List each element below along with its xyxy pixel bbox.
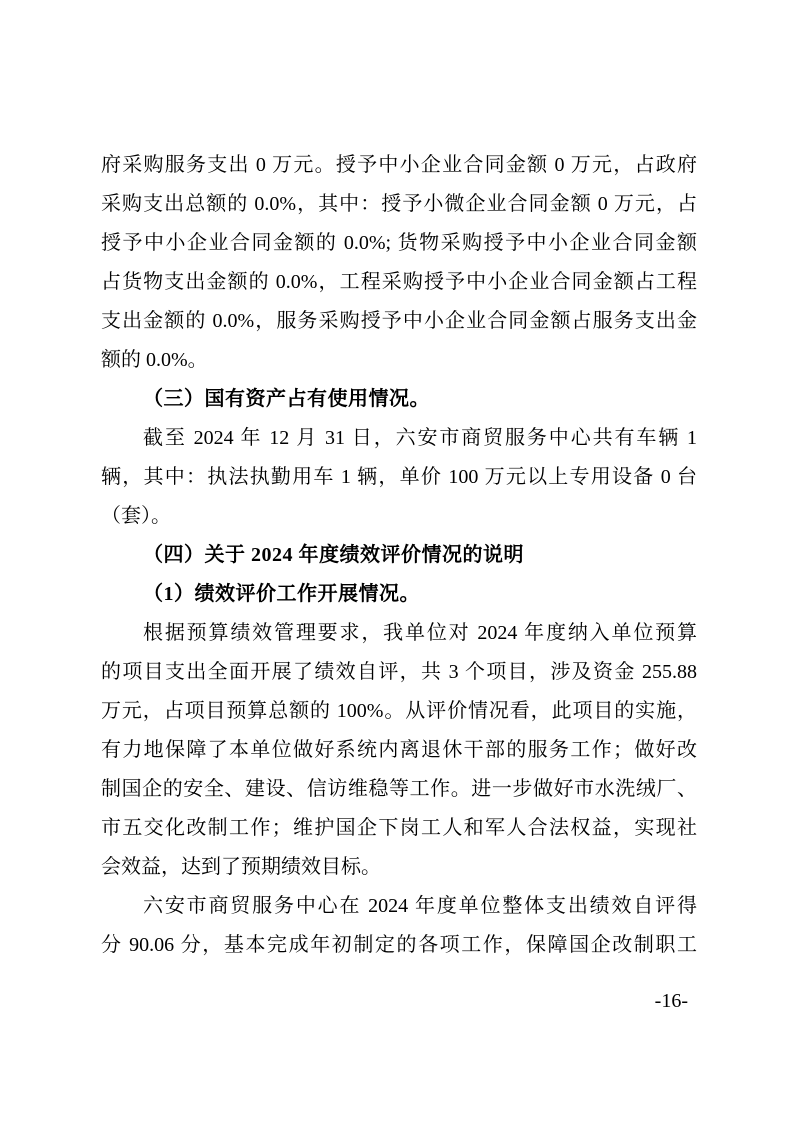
- text-line: 支出金额的 0.0%，服务采购授予中小企业合同金额占服务支出金: [101, 302, 697, 341]
- heading-line: （1）绩效评价工作开展情况。: [101, 575, 697, 614]
- text-line: 府采购服务支出 0 万元。授予中小企业合同金额 0 万元，占政府: [101, 146, 697, 185]
- text-line: 授予中小企业合同金额的 0.0%; 货物采购授予中小企业合同金额: [101, 224, 697, 263]
- heading-line: （三）国有资产占有使用情况。: [101, 380, 697, 419]
- text-line: 截至 2024 年 12 月 31 日，六安市商贸服务中心共有车辆 1: [101, 419, 697, 458]
- document-page: 府采购服务支出 0 万元。授予中小企业合同金额 0 万元，占政府采购支出总额的 …: [0, 0, 793, 1122]
- text-line: （套）。: [101, 497, 697, 536]
- heading-line: （四）关于 2024 年度绩效评价情况的说明: [101, 536, 697, 575]
- text-line: 分 90.06 分，基本完成年初制定的各项工作，保障国企改制职工: [101, 926, 697, 965]
- text-line: 根据预算绩效管理要求，我单位对 2024 年度纳入单位预算: [101, 614, 697, 653]
- text-line: 万元，占项目预算总额的 100%。从评价情况看，此项目的实施，: [101, 692, 697, 731]
- text-line: 制国企的安全、建设、信访维稳等工作。进一步做好市水洗绒厂、: [101, 770, 697, 809]
- page-number: -16-: [655, 990, 688, 1013]
- text-line: 采购支出总额的 0.0%，其中：授予小微企业合同金额 0 万元，占: [101, 185, 697, 224]
- text-line: 额的 0.0%。: [101, 341, 697, 380]
- text-line: 的项目支出全面开展了绩效自评，共 3 个项目，涉及资金 255.88: [101, 653, 697, 692]
- text-line: 六安市商贸服务中心在 2024 年度单位整体支出绩效自评得: [101, 887, 697, 926]
- text-line: 占货物支出金额的 0.0%，工程采购授予中小企业合同金额占工程: [101, 263, 697, 302]
- text-line: 有力地保障了本单位做好系统内离退休干部的服务工作；做好改: [101, 731, 697, 770]
- text-line: 市五交化改制工作；维护国企下岗工人和军人合法权益，实现社: [101, 809, 697, 848]
- text-line: 辆，其中：执法执勤用车 1 辆，单价 100 万元以上专用设备 0 台: [101, 458, 697, 497]
- text-line: 会效益，达到了预期绩效目标。: [101, 848, 697, 887]
- document-body: 府采购服务支出 0 万元。授予中小企业合同金额 0 万元，占政府采购支出总额的 …: [101, 146, 697, 965]
